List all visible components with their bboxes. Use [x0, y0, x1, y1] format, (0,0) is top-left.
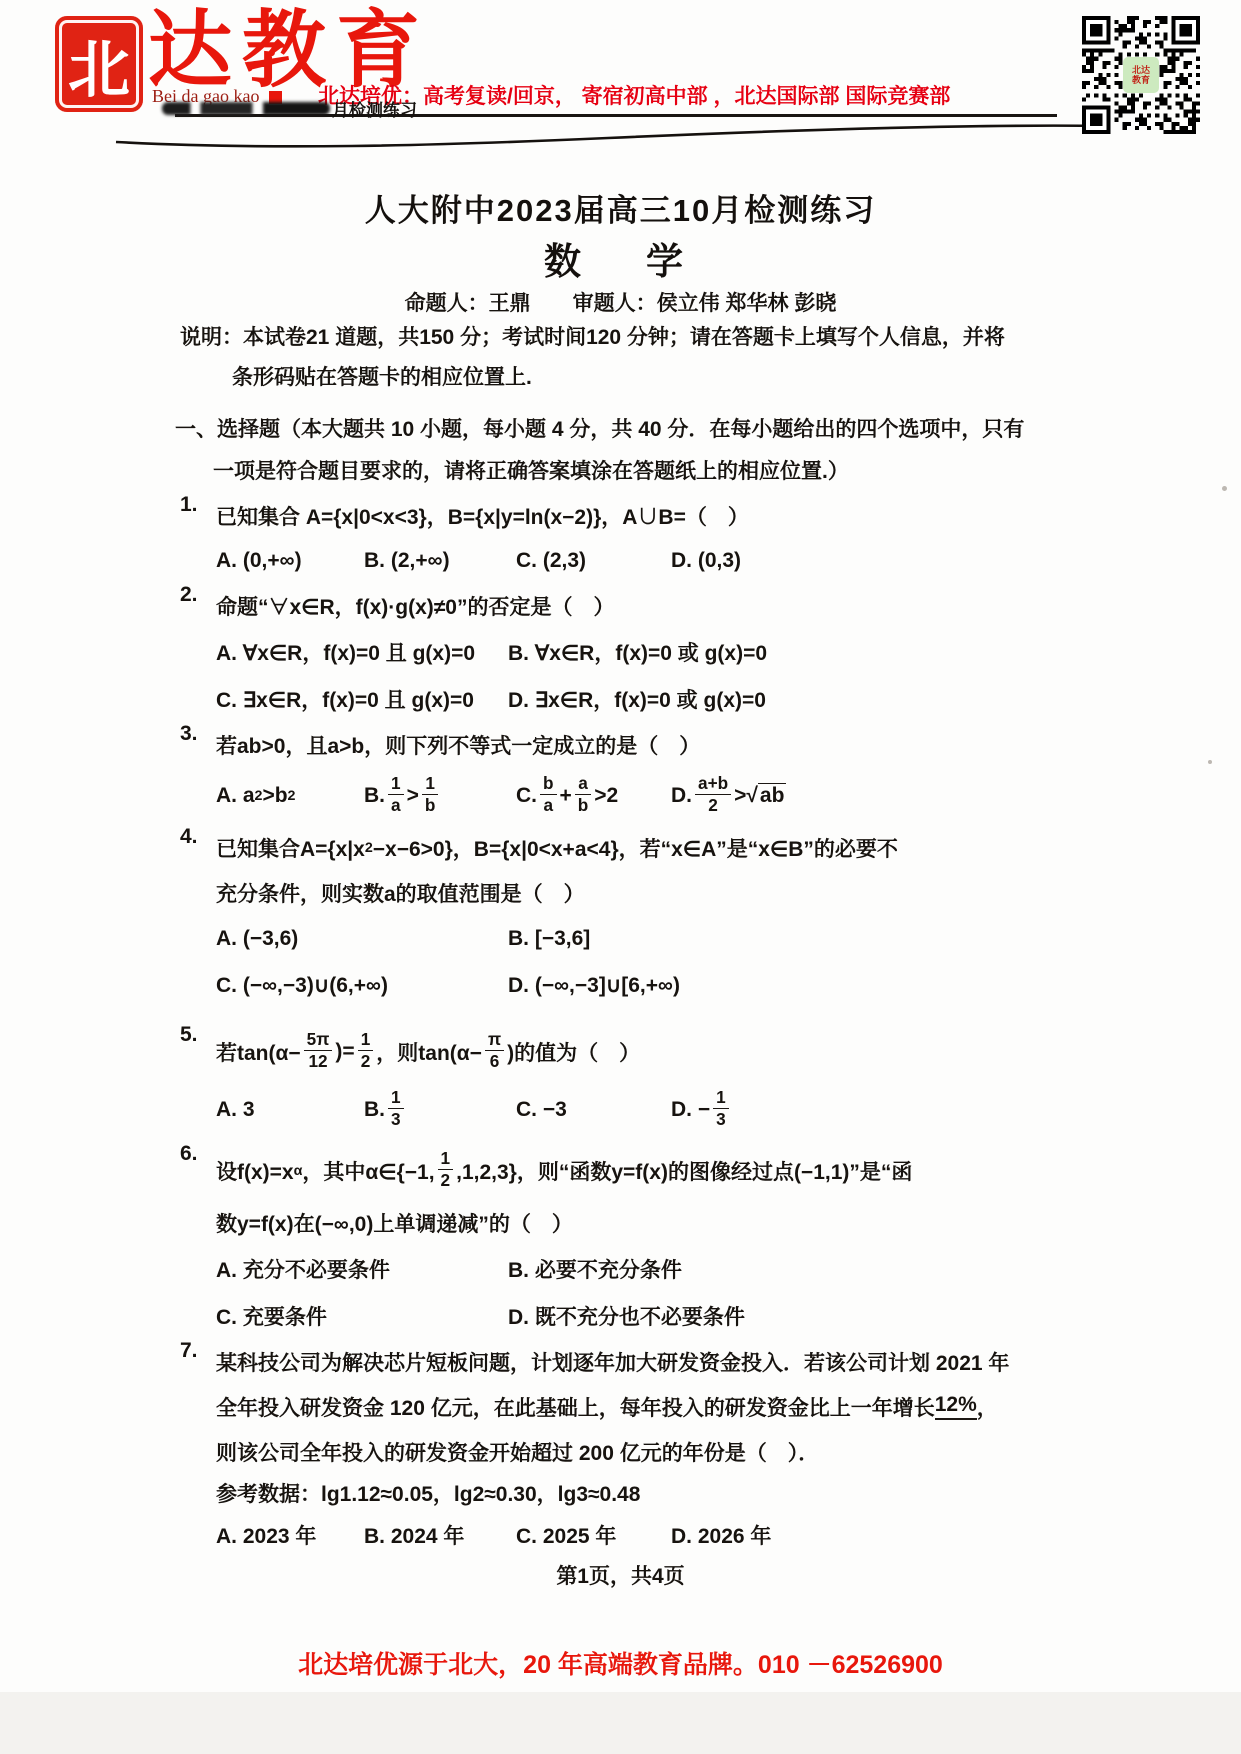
beida-logo-seal-icon: 北 [55, 16, 143, 112]
qr-code: 北达 教育 [1082, 16, 1200, 134]
exam-notice: 说明：本试卷21 道题，共150 分；考试时间120 分钟；请在答题卡上填写个人… [180, 318, 1005, 398]
question-stem-line: 若ab>0，且a>b，则下列不等式一定成立的是（ ）3. [216, 722, 1170, 767]
question-number: 4. [180, 825, 214, 849]
options-row: C. (−∞,−3)∪(6,+∞)D. (−∞,−3]∪[6,+∞) [216, 962, 1170, 1009]
section-line: 一、选择题（本大题共 10 小题，每小题 4 分，共 40 分．在每小题给出的四… [175, 409, 1024, 451]
option-D: D. a+b2>√ab [671, 767, 786, 825]
question-stem-line: 则该公司全年投入的研发资金开始超过 200 亿元的年份是（ ）． [216, 1429, 1170, 1474]
questions: 已知集合 A={x|0<x<3}，B={x|y=ln(x−2)}，A∪B=（ ）… [180, 493, 1170, 1557]
notice-line: 说明：本试卷21 道题，共150 分；考试时间120 分钟；请在答题卡上填写个人… [180, 318, 1005, 358]
option-A: A. 2023 年 [216, 1512, 316, 1557]
option-D: D. 2026 年 [671, 1512, 771, 1557]
option-B: B. 13 [364, 1081, 407, 1139]
option-A: A. (−3,6) [216, 915, 298, 962]
option-B: B. 2024 年 [364, 1512, 464, 1557]
question-number: 3. [180, 722, 214, 746]
options-row: A. (0,+∞)B. (2,+∞)C. (2,3)D. (0,3) [216, 538, 1170, 583]
scan-speck [1222, 486, 1227, 491]
question-5: 若tan(α−5π12)=12，则tan(α−π6)的值为（ ）5.A. 3B.… [180, 1023, 1170, 1139]
options-row: A. (−3,6)B. [−3,6] [216, 915, 1170, 962]
options-row: C. 充要条件D. 既不充分也不必要条件 [216, 1292, 1170, 1339]
options-row: C. ∃x∈R，f(x)=0 且 g(x)=0D. ∃x∈R，f(x)=0 或 … [216, 675, 1170, 722]
scan-bottom-band [0, 1692, 1241, 1754]
option-A: A. 充分不必要条件 [216, 1245, 390, 1292]
option-D: D. ∃x∈R，f(x)=0 或 g(x)=0 [508, 675, 766, 722]
question-stem-line: 已知集合 A={x|0<x<3}，B={x|y=ln(x−2)}，A∪B=（ ）… [216, 493, 1170, 538]
option-B: B. (2,+∞) [364, 538, 450, 583]
qr-label-line1: 北达 [1132, 65, 1150, 75]
question-4: 已知集合A={x|x2−x−6>0}，B={x|0<x+a<4}，若“x∈A”是… [180, 825, 1170, 1009]
options-row: A. ∀x∈R，f(x)=0 且 g(x)=0B. ∀x∈R，f(x)=0 或 … [216, 628, 1170, 675]
question-stem-line: 数y=f(x)在(−∞,0)上单调递减”的（ ） [216, 1200, 1170, 1245]
question-number: 1. [180, 493, 214, 517]
qr-label-line2: 教育 [1132, 75, 1150, 85]
scan-fold-line [108, 112, 1118, 154]
scan-speck [1208, 760, 1212, 764]
option-C: C. (2,3) [516, 538, 586, 583]
option-B: B. 1a>1b [364, 767, 441, 825]
question-number: 2. [180, 583, 214, 607]
option-C: C. 充要条件 [216, 1292, 327, 1339]
options-row: A. 3B. 13C. −3D. −13 [216, 1081, 1170, 1139]
section-heading: 一、选择题（本大题共 10 小题，每小题 4 分，共 40 分．在每小题给出的四… [175, 409, 1024, 493]
option-B: B. 必要不充分条件 [508, 1245, 682, 1292]
question-2: 命题“∀x∈R，f(x)·g(x)≠0”的否定是（ ）2.A. ∀x∈R，f(x… [180, 583, 1170, 722]
question-7: 某科技公司为解决芯片短板问题，计划逐年加大研发资金投入．若该公司计划 2021 … [180, 1339, 1170, 1557]
question-stem-line: 充分条件，则实数a的取值范围是（ ） [216, 870, 1170, 915]
options-row: A. 充分不必要条件B. 必要不充分条件 [216, 1245, 1170, 1292]
qr-center-label: 北达 教育 [1123, 57, 1159, 93]
option-D: D. (0,3) [671, 538, 741, 583]
option-C: C. (−∞,−3)∪(6,+∞) [216, 962, 388, 1009]
options-row: A. 2023 年B. 2024 年C. 2025 年D. 2026 年 [216, 1512, 1170, 1557]
page-number: 第1页，共4页 [0, 1560, 1241, 1590]
section-line: 一项是符合题目要求的，请将正确答案填涂在答题纸上的相应位置.） [213, 451, 1024, 493]
question-number: 5. [180, 1023, 214, 1047]
question-3: 若ab>0，且a>b，则下列不等式一定成立的是（ ）3.A. a2>b2B. 1… [180, 722, 1170, 825]
option-A: A. (0,+∞) [216, 538, 302, 583]
exam-paper-page: 北 达教育 Bei da gao kao 北达培优：高考复读/回京， 寄宿初高中… [0, 0, 1241, 1754]
option-B: B. ∀x∈R，f(x)=0 或 g(x)=0 [508, 628, 767, 675]
question-stem-line: 命题“∀x∈R，f(x)·g(x)≠0”的否定是（ ）2. [216, 583, 1170, 628]
exam-authors: 命题人：王鼎 审题人：侯立伟 郑华林 彭晓 [0, 287, 1241, 317]
question-stem-line: 某科技公司为解决芯片短板问题，计划逐年加大研发资金投入．若该公司计划 2021 … [216, 1339, 1170, 1384]
footer-slogan: 北达培优源于北大，20 年高端教育品牌。010 －62526900 [0, 1645, 1241, 1681]
question-stem-line: 全年投入研发资金 120 亿元，在此基础上，每年投入的研发资金比上一年增长12%… [216, 1384, 1170, 1429]
option-C: C. 2025 年 [516, 1512, 616, 1557]
exam-title: 人大附中2023届高三10月检测练习 [0, 185, 1241, 230]
reference-data: 参考数据：lg1.12≈0.05，lg2≈0.30，lg3≈0.48 [216, 1474, 1170, 1512]
option-A: A. 3 [216, 1081, 255, 1139]
option-C: C. ba+ab>2 [516, 767, 618, 825]
question-number: 6. [180, 1142, 214, 1166]
question-6: 设f(x)=xα，其中α∈{−1,12,1,2,3}，则“函数y=f(x)的图像… [180, 1142, 1170, 1339]
option-A: A. a2>b2 [216, 767, 295, 825]
option-D: D. (−∞,−3]∪[6,+∞) [508, 962, 680, 1009]
exam-subject: 数 学 [0, 231, 1241, 285]
options-row: A. a2>b2B. 1a>1bC. ba+ab>2D. a+b2>√ab [216, 767, 1170, 825]
question-1: 已知集合 A={x|0<x<3}，B={x|y=ln(x−2)}，A∪B=（ ）… [180, 493, 1170, 583]
question-stem-line: 已知集合A={x|x2−x−6>0}，B={x|0<x+a<4}，若“x∈A”是… [216, 825, 1170, 870]
option-B: B. [−3,6] [508, 915, 590, 962]
question-number: 7. [180, 1339, 214, 1363]
option-C: C. −3 [516, 1081, 567, 1139]
option-C: C. ∃x∈R，f(x)=0 且 g(x)=0 [216, 675, 474, 722]
seal-character: 北 [68, 20, 130, 109]
question-stem-line: 若tan(α−5π12)=12，则tan(α−π6)的值为（ ）5. [216, 1023, 1170, 1081]
option-D: D. 既不充分也不必要条件 [508, 1292, 745, 1339]
question-stem-line: 设f(x)=xα，其中α∈{−1,12,1,2,3}，则“函数y=f(x)的图像… [216, 1142, 1170, 1200]
notice-line: 条形码贴在答题卡的相应位置上. [232, 358, 1005, 398]
option-A: A. ∀x∈R，f(x)=0 且 g(x)=0 [216, 628, 475, 675]
option-D: D. −13 [671, 1081, 732, 1139]
